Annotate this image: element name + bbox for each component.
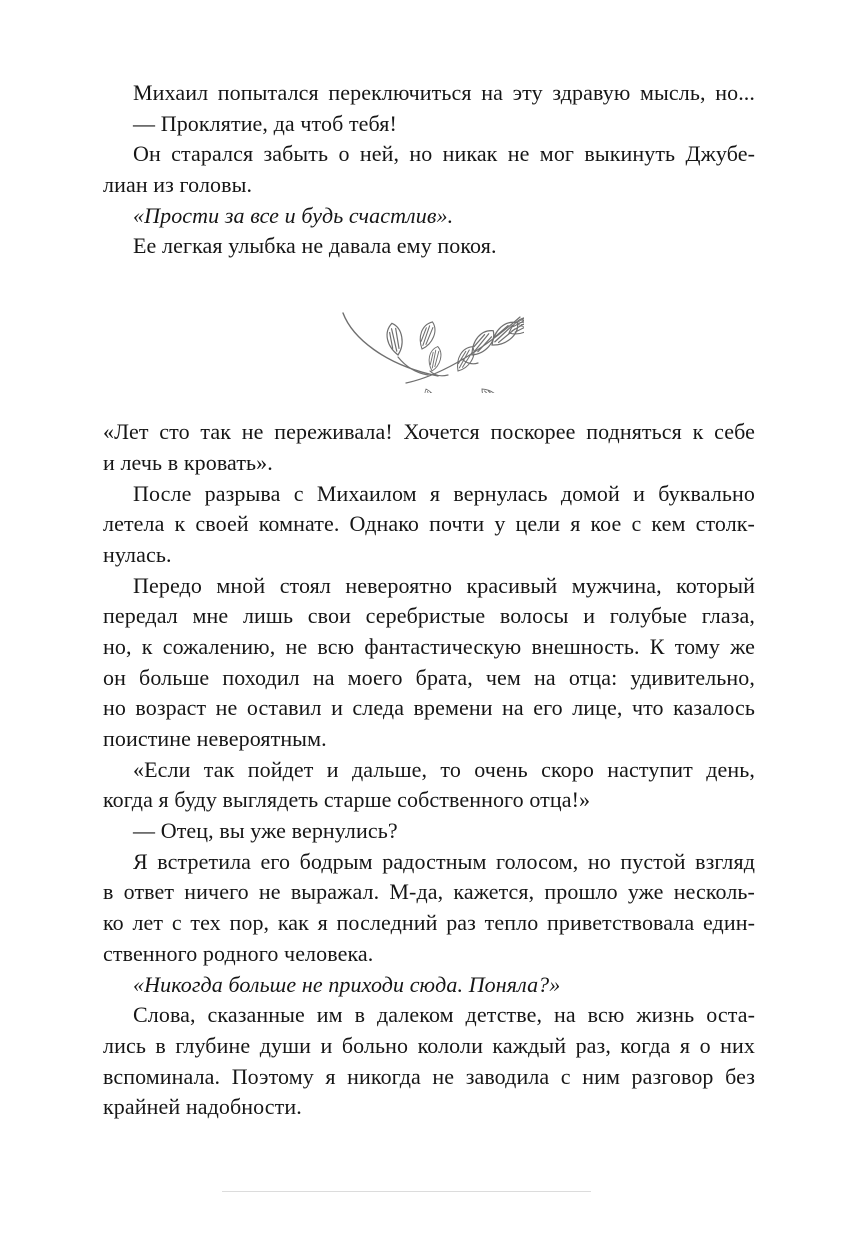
text-line: «Если так пойдет и дальше, то очень скор…	[103, 755, 755, 786]
text-line: Слова, сказанные им в далеком детстве, н…	[103, 1000, 755, 1031]
floral-branch-icon	[334, 309, 524, 393]
book-page: { "page": { "background_color": "#ffffff…	[0, 0, 856, 1239]
paragraph-4-quote: «Прости за все и будь счастлив».	[103, 201, 755, 232]
paragraph-7: После разрыва с Михаилом я вернулась дом…	[103, 479, 755, 571]
paragraph-12-quote: «Никогда больше не приходи сюда. Поняла?…	[103, 970, 755, 1001]
text-line: крайней надобности.	[103, 1092, 755, 1123]
text-line: нулась.	[103, 540, 755, 571]
text-line: поистине невероятным.	[103, 724, 755, 755]
paragraph-10-dialogue: — Отец, вы уже вернулись?	[103, 816, 755, 847]
paragraph-3: Он старался забыть о ней, но никак не мо…	[103, 139, 755, 200]
paragraph-11: Я встретила его бодрым радостным голосом…	[103, 847, 755, 970]
text-line: но возраст не оставил и следа времени на…	[103, 693, 755, 724]
paragraph-8: Передо мной стоял невероятно красивый му…	[103, 571, 755, 755]
text-line: После разрыва с Михаилом я вернулась дом…	[103, 479, 755, 510]
text-line: в ответ ничего не выражал. М-да, кажется…	[103, 877, 755, 908]
text-line: летела к своей комнате. Однако почти у ц…	[103, 509, 755, 540]
text-line: когда я буду выглядеть старше собственно…	[103, 785, 755, 816]
text-line: он больше походил на моего брата, чем на…	[103, 663, 755, 694]
text-line: «Лет сто так не переживала! Хочется поск…	[103, 417, 755, 448]
text-line: Ее легкая улыбка не давала ему покоя.	[103, 231, 755, 262]
text-line: лиан из головы.	[103, 170, 755, 201]
text-line: — Отец, вы уже вернулись?	[103, 816, 755, 847]
text-line: Он старался забыть о ней, но никак не мо…	[103, 139, 755, 170]
text-line: «Прости за все и будь счастлив».	[103, 201, 755, 232]
text-line: «Никогда больше не приходи сюда. Поняла?…	[103, 970, 755, 1001]
text-line: но, к сожалению, не всю фантастическую в…	[103, 632, 755, 663]
paragraph-2-dialogue: — Проклятие, да чтоб тебя!	[103, 109, 755, 140]
footer-divider-rule	[222, 1191, 591, 1192]
text-line: и лечь в кровать».	[103, 448, 755, 479]
paragraph-9: «Если так пойдет и дальше, то очень скор…	[103, 755, 755, 816]
text-line: передал мне лишь свои серебристые волосы…	[103, 601, 755, 632]
text-line: Я встретила его бодрым радостным голосом…	[103, 847, 755, 878]
paragraph-13: Слова, сказанные им в далеком детстве, н…	[103, 1000, 755, 1123]
text-line: Михаил попытался переключиться на эту зд…	[103, 78, 755, 109]
text-line: ко лет с тех пор, как я последний раз те…	[103, 908, 755, 939]
floral-divider-illustration	[334, 309, 524, 393]
text-line: лись в глубине души и больно кололи кажд…	[103, 1031, 755, 1062]
text-line: ственного родного человека.	[103, 939, 755, 970]
paragraph-6: «Лет сто так не переживала! Хочется поск…	[103, 417, 755, 478]
text-line: Передо мной стоял невероятно красивый му…	[103, 571, 755, 602]
paragraph-1: Михаил попытался переключиться на эту зд…	[103, 78, 755, 109]
text-line: — Проклятие, да чтоб тебя!	[103, 109, 755, 140]
text-line: вспоминала. Поэтому я никогда не заводил…	[103, 1062, 755, 1093]
paragraph-5: Ее легкая улыбка не давала ему покоя.	[103, 231, 755, 262]
text-block: Михаил попытался переключиться на эту зд…	[103, 0, 755, 1123]
